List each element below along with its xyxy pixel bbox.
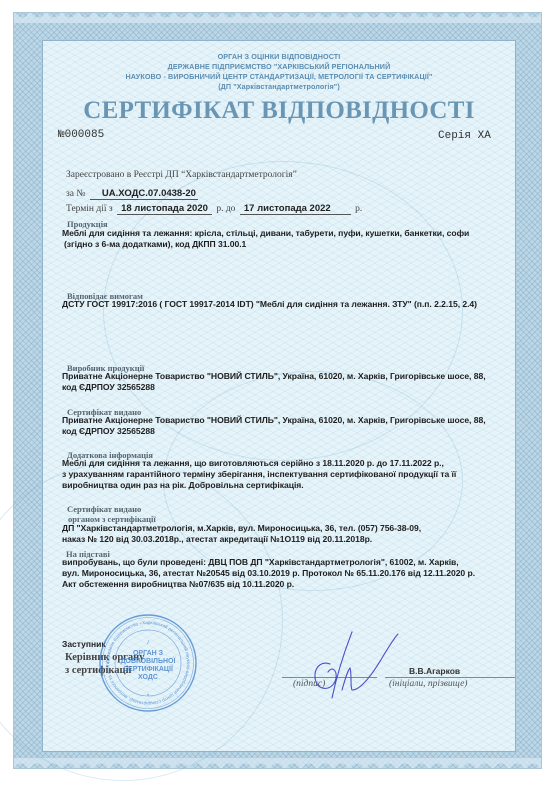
svg-text:*: * bbox=[147, 694, 150, 700]
name-line bbox=[385, 677, 515, 678]
authority-line: ДЕРЖАВНЕ ПІДПРИЄМСТВО "ХАРКІВСЬКИЙ РЕГІО… bbox=[42, 62, 516, 72]
certificate-series: Серія ХА bbox=[438, 130, 491, 142]
product-text: Меблі для сидіння та лежання: крісла, ст… bbox=[62, 228, 507, 250]
text-line: Меблі для сидіння та лежання: крісла, ст… bbox=[62, 228, 507, 239]
authority-line: (ДП "Харківстандартметрологія") bbox=[42, 82, 516, 92]
text-line: ДСТУ ГОСТ 19917:2016 ( ГОСТ 19917-2014 I… bbox=[62, 299, 507, 310]
text-line: код ЄДРПОУ 32565288 bbox=[62, 426, 507, 437]
svg-text:ДОБРОВІЛЬНОЇ: ДОБРОВІЛЬНОЇ bbox=[121, 657, 177, 665]
border-wave-top bbox=[14, 13, 541, 23]
text-line: наказ № 120 від 30.03.2018р., атестат ак… bbox=[62, 534, 507, 545]
text-line: Приватне Акціонерне Товариство "НОВИЙ СТ… bbox=[62, 371, 507, 382]
text-line: Меблі для сидіння та лежання, що виготов… bbox=[62, 458, 507, 469]
issued-by-text: ДП "Харківстандартметрологія, м.Харків, … bbox=[62, 523, 507, 545]
certificate-number: №000085 bbox=[58, 129, 104, 141]
svg-text:ХОДС: ХОДС bbox=[138, 674, 158, 681]
text-line: код ЄДРПОУ 32565288 bbox=[62, 382, 507, 393]
additional-info-text: Меблі для сидіння та лежання, що виготов… bbox=[62, 458, 507, 492]
valid-from-date: 18 листопада 2020 bbox=[117, 203, 212, 215]
handwritten-signature bbox=[290, 630, 400, 700]
signatory-name: В.В.Агарков bbox=[409, 666, 460, 676]
svg-text:7: 7 bbox=[146, 640, 150, 646]
basis-text: випробувань, що були проведені: ДВЦ ПОВ … bbox=[62, 557, 507, 591]
text-line: ДП "Харківстандартметрологія, м.Харків, … bbox=[62, 523, 507, 534]
requirements-text: ДСТУ ГОСТ 19917:2016 ( ГОСТ 19917-2014 I… bbox=[62, 299, 507, 310]
validity-prefix: Термін дії з bbox=[66, 204, 113, 214]
year-suffix: р. до bbox=[216, 204, 235, 214]
authority-line: НАУКОВО - ВИРОБНИЧИЙ ЦЕНТР СТАНДАРТИЗАЦІ… bbox=[42, 72, 516, 82]
certification-stamp: Державне підприємство «Харківський регіо… bbox=[98, 613, 198, 713]
manufacturer-text: Приватне Акціонерне Товариство "НОВИЙ СТ… bbox=[62, 371, 507, 393]
issued-to-text: Приватне Акціонерне Товариство "НОВИЙ СТ… bbox=[62, 415, 507, 437]
validity-row: Термін дії з 18 листопада 2020 р. до 17 … bbox=[66, 198, 362, 216]
svg-text:ОРГАН З: ОРГАН З bbox=[133, 650, 164, 657]
text-line: Акт обстеження виробництва №07/635 від 1… bbox=[62, 579, 507, 590]
certificate-title: СЕРТИФІКАТ ВІДПОВІДНОСТІ bbox=[42, 97, 516, 125]
name-caption: (ініціали, прізвище) bbox=[389, 679, 467, 689]
text-line: (згідно з 6-ма додатками), код ДКПП 31.0… bbox=[62, 239, 507, 250]
text-line: з урахуванням гарантійного терміну збері… bbox=[62, 469, 507, 480]
text-line: Приватне Акціонерне Товариство "НОВИЙ СТ… bbox=[62, 415, 507, 426]
text-line: випробувань, що були проведені: ДВЦ ПОВ … bbox=[62, 557, 507, 568]
text-line: вул. Мироносицька, 36, атестат №20545 ві… bbox=[62, 568, 507, 579]
svg-text:СЕРТИФІКАЦІЇ: СЕРТИФІКАЦІЇ bbox=[123, 665, 174, 673]
registered-text: Зареєстровано в Реєстрі ДП “Харківстанда… bbox=[66, 170, 297, 180]
year-suffix: р. bbox=[355, 204, 362, 214]
authority-line: ОРГАН З ОЦІНКИ ВІДПОВІДНОСТІ bbox=[42, 52, 516, 62]
issued-by-label: Сертифікат видано bbox=[67, 505, 141, 514]
valid-to-date: 17 листопада 2022 bbox=[240, 203, 351, 215]
text-line: виробництва один раз на рік. Добровільна… bbox=[62, 480, 507, 491]
